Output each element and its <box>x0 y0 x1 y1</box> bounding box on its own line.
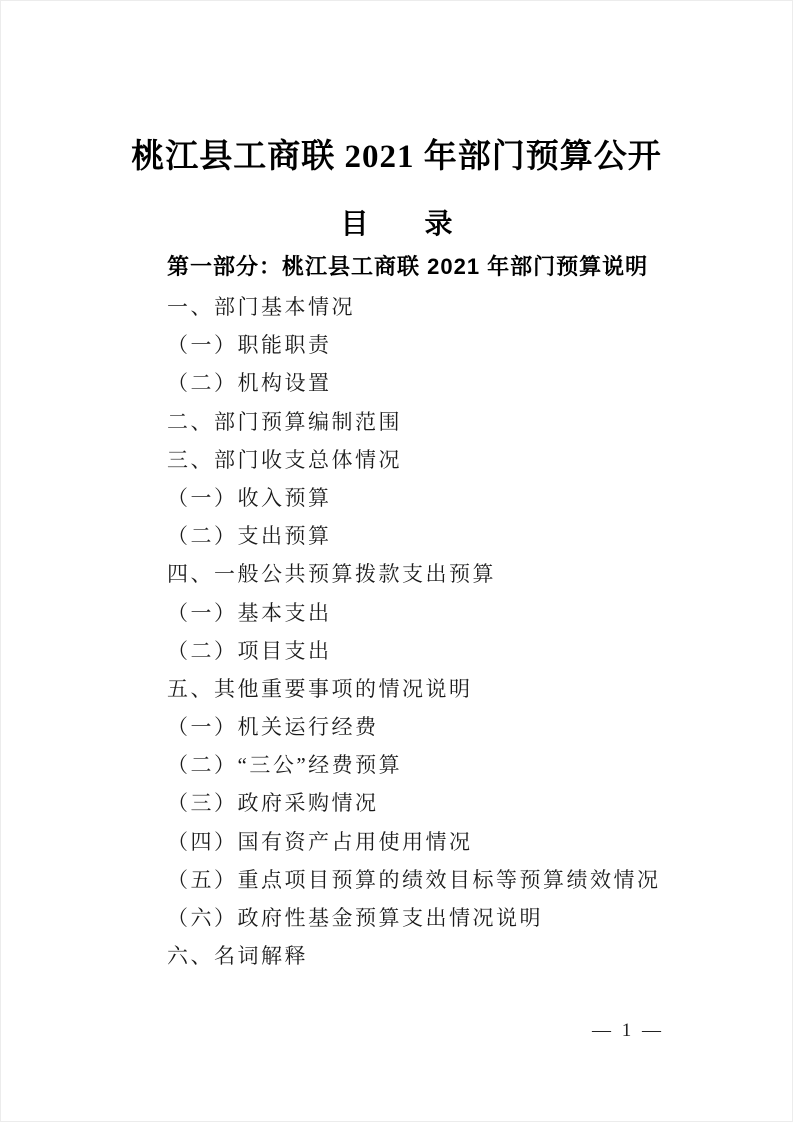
toc-item: （二）“三公”经费预算 <box>167 746 727 784</box>
toc-item: （一）基本支出 <box>167 594 727 632</box>
document-page: 桃江县工商联 2021 年部门预算公开 目 录 第一部分：桃江县工商联 2021… <box>0 0 793 1122</box>
document-title: 桃江县工商联 2021 年部门预算公开 <box>1 135 792 179</box>
toc-item: （一）机关运行经费 <box>167 708 727 746</box>
toc-item: （五）重点项目预算的绩效目标等预算绩效情况 <box>167 861 727 899</box>
toc-heading: 目 录 <box>1 207 792 241</box>
toc-list: 一、部门基本情况 （一）职能职责 （二）机构设置 二、部门预算编制范围 三、部门… <box>167 288 727 975</box>
toc-item: （二）项目支出 <box>167 632 727 670</box>
toc-item: （二）机构设置 <box>167 364 727 402</box>
toc-item: （一）职能职责 <box>167 326 727 364</box>
toc-item: （二）支出预算 <box>167 517 727 555</box>
toc-item: 五、其他重要事项的情况说明 <box>167 670 727 708</box>
toc-item: 一、部门基本情况 <box>167 288 727 326</box>
page-number: — 1 — <box>592 1020 664 1042</box>
toc-item: 二、部门预算编制范围 <box>167 403 727 441</box>
toc-item: 六、名词解释 <box>167 937 727 975</box>
toc-item: 三、部门收支总体情况 <box>167 441 727 479</box>
toc-item: （四）国有资产占用使用情况 <box>167 823 727 861</box>
toc-item: 四、一般公共预算拨款支出预算 <box>167 555 727 593</box>
toc-item: （一）收入预算 <box>167 479 727 517</box>
toc-item: （三）政府采购情况 <box>167 784 727 822</box>
toc-item: （六）政府性基金预算支出情况说明 <box>167 899 727 937</box>
section-heading: 第一部分：桃江县工商联 2021 年部门预算说明 <box>167 252 648 282</box>
